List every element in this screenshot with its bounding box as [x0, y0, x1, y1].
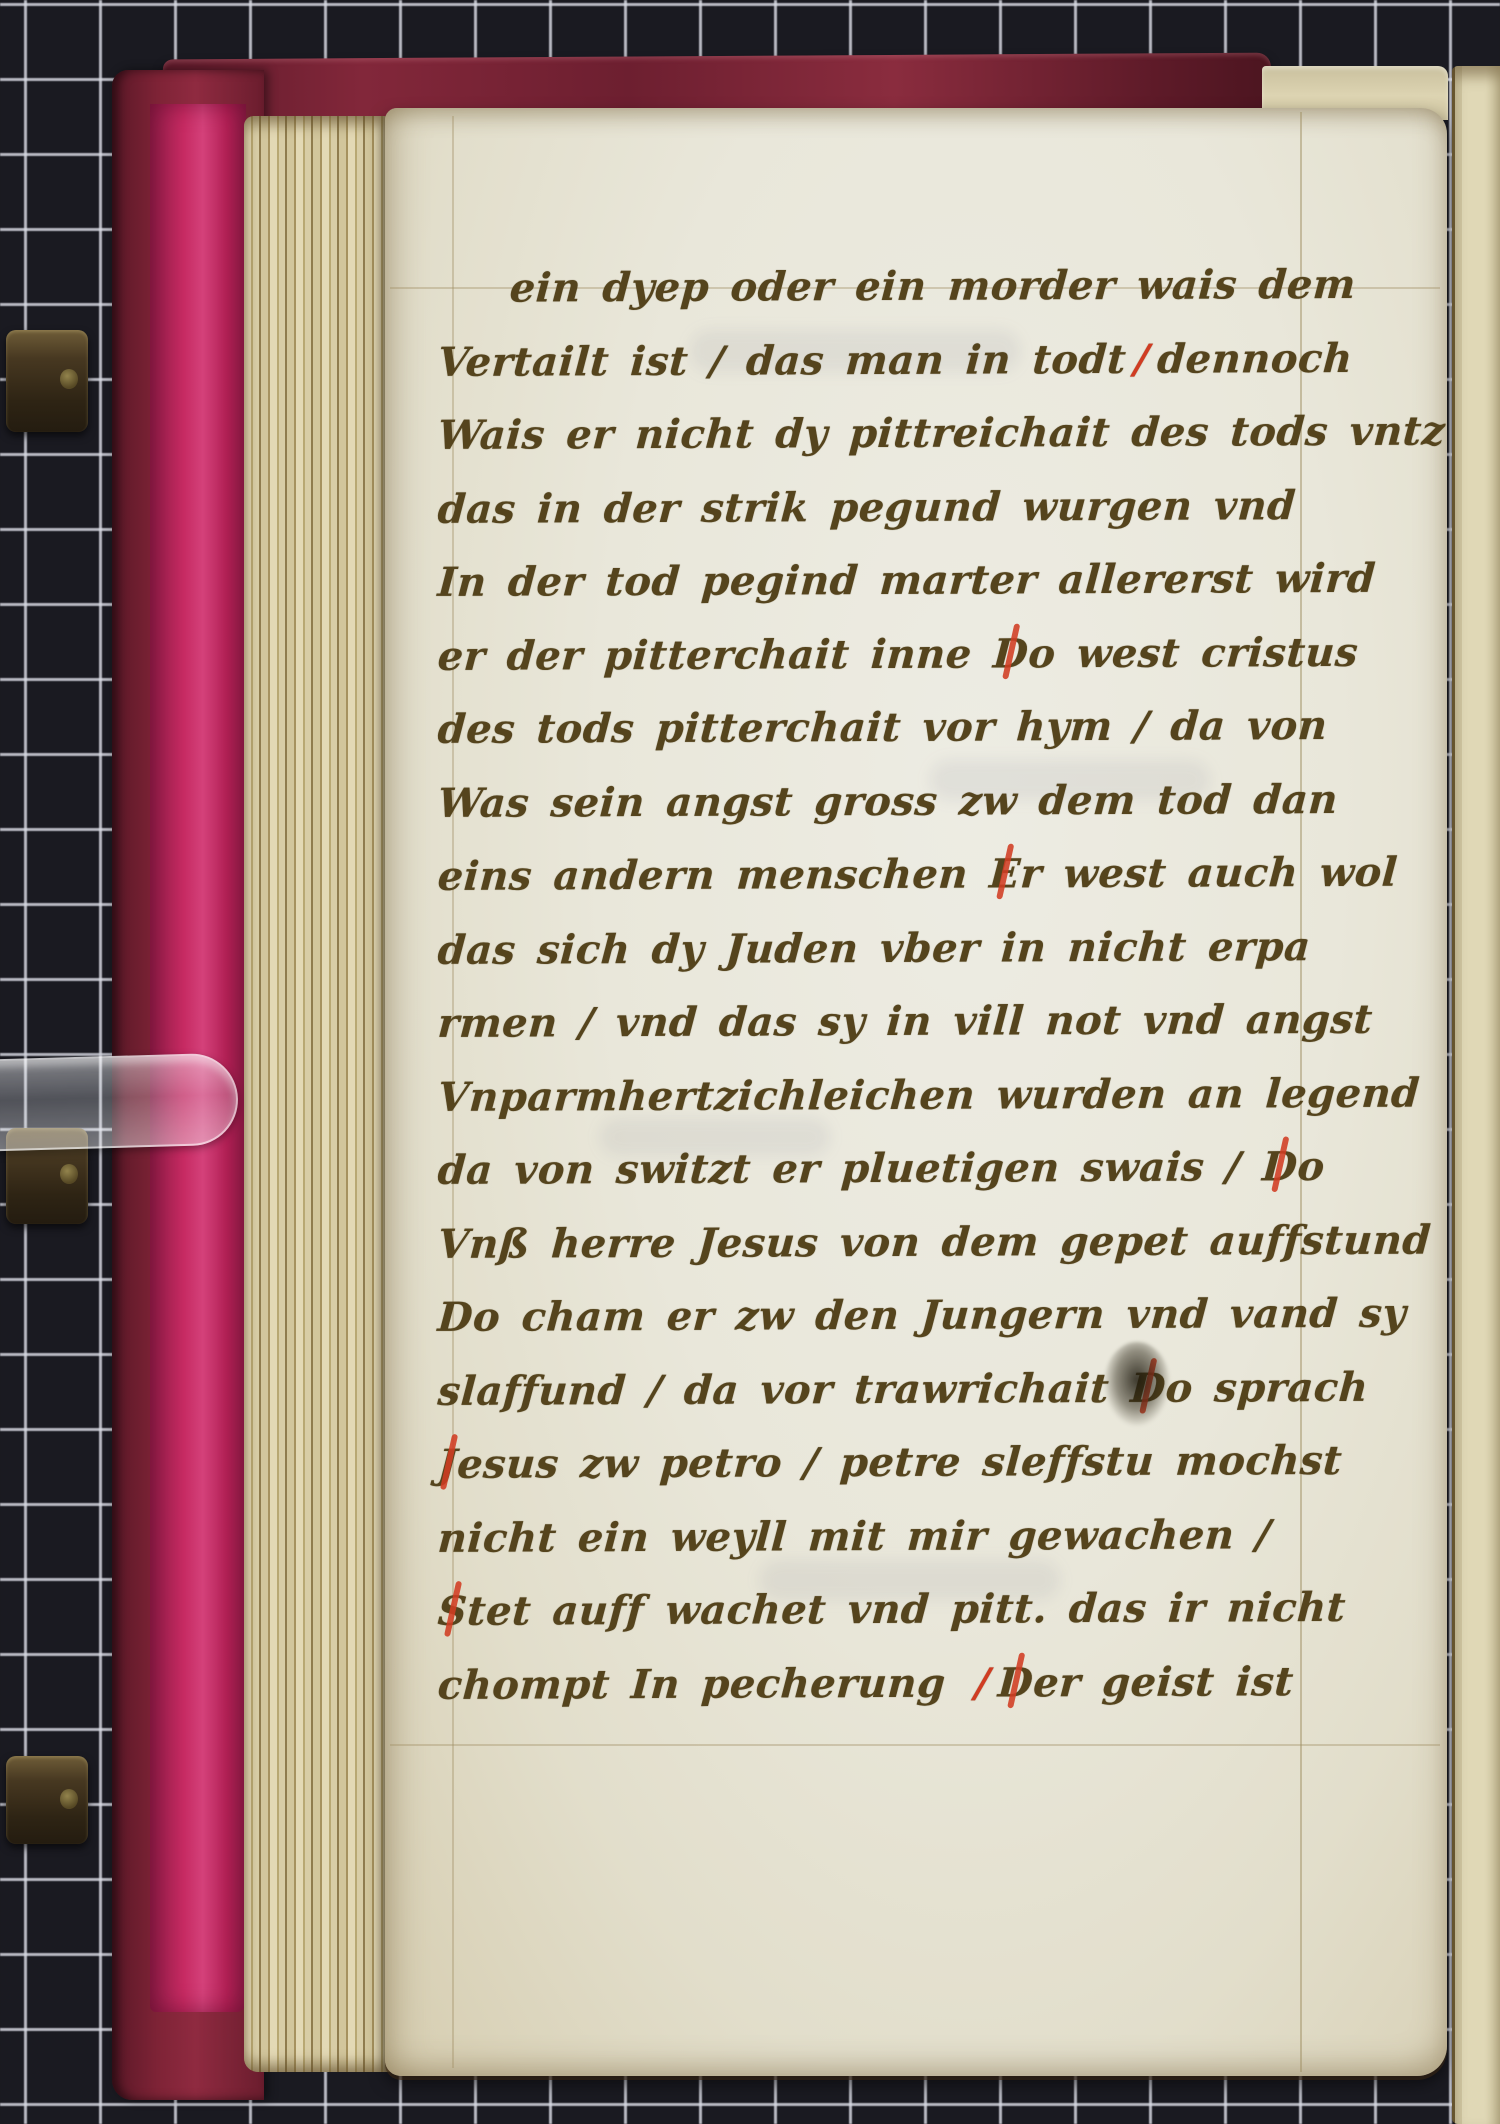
ink-text: In der tod pegind marter allererst wird: [436, 555, 1377, 606]
text-line: slaffund / da vor trawrichait Do sprach: [435, 1351, 1324, 1428]
binding-clasp: [6, 330, 88, 432]
rubricated-initial: J: [435, 1428, 459, 1502]
text-line: er der pitterchait inne Do west cristus: [435, 616, 1324, 693]
ink-text: eins andern menschen: [436, 851, 991, 900]
ink-text: nicht ein weyll mit mir gewachen /: [436, 1511, 1272, 1562]
text-line: da von switzt er pluetigen swais / Do: [435, 1130, 1324, 1207]
handwritten-text-block: ein dyep oder ein morder wais demVertail…: [438, 250, 1322, 1720]
ink-text: o sprach: [1164, 1363, 1370, 1411]
ink-text: Wais er nicht dy pittreichait des tods v…: [436, 408, 1446, 459]
text-line: rmen / vnd das sy in vill not vnd angst: [435, 983, 1324, 1060]
ink-text: Vnß herre Jesus von dem gepet auffstund: [436, 1216, 1432, 1267]
margin-ruling-bottom: [390, 1744, 1440, 1746]
ink-blot: [1104, 1342, 1170, 1426]
ink-text: o west cristus: [1027, 628, 1360, 676]
text-line: Do cham er zw den Jungern vnd vand sy: [435, 1277, 1324, 1354]
ink-text: Do cham er zw den Jungern vnd vand sy: [436, 1290, 1407, 1341]
text-line: In der tod pegind marter allererst wird: [435, 542, 1324, 619]
rubricated-initial: D: [991, 617, 1031, 691]
ink-text: des tods pitterchait vor hym / da von: [436, 702, 1329, 753]
ink-text: r west auch wol: [1019, 849, 1399, 898]
binding-clasp: [6, 1756, 88, 1844]
rubricated-initial: D: [1260, 1130, 1300, 1204]
turned-leaf-fore-edges: [244, 116, 394, 2072]
text-line: Stet auff wachet vnd pitt. das ir nicht: [435, 1571, 1324, 1648]
plastic-page-holder: [0, 1052, 239, 1151]
ink-text: ein dyep oder ein morder wais dem: [508, 261, 1357, 312]
text-line: Jesus zw petro / petre sleffstu mochst: [435, 1424, 1324, 1501]
text-line: Vertailt ist / das man in todt/dennoch: [435, 322, 1324, 399]
manuscript-photo: ein dyep oder ein morder wais demVertail…: [0, 0, 1500, 2124]
ink-text: das sich dy Juden vber in nicht erpa: [436, 923, 1312, 974]
ink-text: esus zw petro / petre sleffstu mochst: [456, 1437, 1344, 1488]
text-line: das in der strik pegund wurgen vnd: [435, 469, 1324, 546]
ink-text: slaffund / da vor trawrichait: [436, 1364, 1132, 1414]
ink-text: rmen / vnd das sy in vill not vnd angst: [436, 996, 1374, 1047]
ink-text: tet auff wachet vnd pitt. das ir nicht: [466, 1584, 1348, 1635]
ink-text: da von switzt er pluetigen swais /: [436, 1143, 1264, 1194]
rubric-mark: /: [1125, 335, 1159, 382]
rubricated-initial: S: [435, 1575, 469, 1649]
ink-text: er geist ist: [1032, 1658, 1295, 1706]
ink-text: dennoch: [1156, 334, 1354, 382]
text-line: Vnß herre Jesus von dem gepet auffstund: [435, 1204, 1324, 1281]
rubricated-initial: D: [996, 1646, 1036, 1720]
ink-text: Vnparmhertzichleichen wurden an legend: [436, 1069, 1421, 1120]
rubricated-initial: E: [987, 837, 1023, 911]
text-line: chompt In pecherung /Der geist ist: [435, 1645, 1324, 1722]
ink-text: o: [1296, 1143, 1326, 1190]
text-line: eins andern menschen Er west auch wol: [435, 836, 1324, 913]
ink-text: Vertailt ist / das man in todt: [436, 335, 1127, 385]
rubric-mark: /: [965, 1659, 999, 1706]
ink-text: Was sein angst gross zw dem tod dan: [436, 776, 1339, 827]
text-line: ein dyep oder ein morder wais dem: [435, 248, 1324, 325]
text-line: Wais er nicht dy pittreichait des tods v…: [435, 395, 1324, 472]
text-line: nicht ein weyll mit mir gewachen /: [435, 1498, 1324, 1575]
ink-text: das in der strik pegund wurgen vnd: [436, 482, 1297, 533]
text-line: das sich dy Juden vber in nicht erpa: [435, 910, 1324, 987]
text-line: Was sein angst gross zw dem tod dan: [435, 763, 1324, 840]
ink-text: er der pitterchait inne: [436, 630, 994, 679]
facing-block-fore-edge: [1452, 66, 1500, 2124]
text-line: Vnparmhertzichleichen wurden an legend: [435, 1057, 1324, 1134]
text-line: des tods pitterchait vor hym / da von: [435, 689, 1324, 766]
ink-text: chompt In pecherung: [436, 1659, 968, 1708]
